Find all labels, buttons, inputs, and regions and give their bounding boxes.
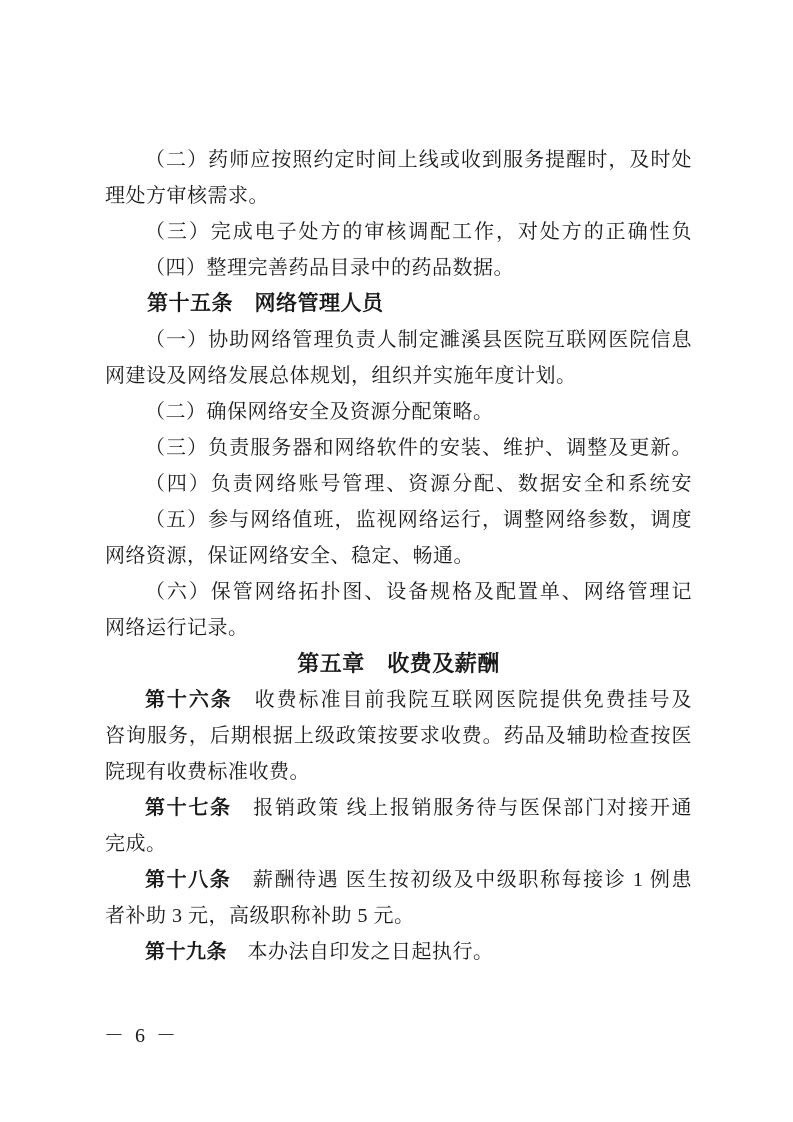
text-line: （二）药师应按照约定时间上线或收到服务提醒时，及时处: [105, 142, 692, 178]
text-run: 者补助 3 元，高级职称补助 5 元。: [105, 905, 415, 927]
text-run: （四）整理完善药品目录中的药品数据。: [145, 257, 514, 279]
text-run: 网络运行记录。: [105, 617, 249, 639]
text-line: （四）整理完善药品目录中的药品数据。: [105, 250, 692, 286]
text-run: 本办法自印发之日起执行。: [227, 941, 494, 963]
text-line: 网建设及网络发展总体规划，组织并实施年度计划。: [105, 358, 692, 394]
paragraph: （四）负责网络账号管理、资源分配、数据安全和系统安全。: [105, 466, 692, 502]
text-run: 完成。: [105, 833, 167, 855]
bold-run: 第十六条: [145, 689, 233, 711]
text-run: （五）参与网络值班，监视网络运行，调整网络参数，调度: [145, 509, 692, 531]
paragraph: （一）协助网络管理负责人制定濉溪县医院互联网医院信息网建设及网络发展总体规划，组…: [105, 322, 692, 394]
paragraph: 第十六条 收费标准目前我院互联网医院提供免费挂号及咨询服务，后期根据上级政策按要…: [105, 682, 692, 790]
text-line: 第十七条 报销政策 线上报销服务待与医保部门对接开通: [105, 790, 692, 826]
text-run: （三）负责服务器和网络软件的安装、维护、调整及更新。: [145, 437, 692, 459]
paragraph: 第十七条 报销政策 线上报销服务待与医保部门对接开通完成。: [105, 790, 692, 862]
bold-run: 第五章 收费及薪酬: [297, 651, 500, 676]
text-run: （四）负责网络账号管理、资源分配、数据安全和系统安全。: [105, 473, 692, 502]
paragraph: （四）整理完善药品目录中的药品数据。: [105, 250, 692, 286]
paragraph: （六）保管网络拓扑图、设备规格及配置单、网络管理记录、网络运行记录。: [105, 574, 692, 646]
document-page: （二）药师应按照约定时间上线或收到服务提醒时，及时处理处方审核需求。（三）完成电…: [0, 0, 793, 1122]
text-run: （六）保管网络拓扑图、设备规格及配置单、网络管理记录、: [105, 581, 692, 610]
text-run: （三）完成电子处方的审核调配工作，对处方的正确性负责。: [105, 221, 692, 250]
text-line: 者补助 3 元，高级职称补助 5 元。: [105, 898, 692, 934]
text-line: 理处方审核需求。: [105, 178, 692, 214]
text-line: （五）参与网络值班，监视网络运行，调整网络参数，调度: [105, 502, 692, 538]
text-run: 网络资源，保证网络安全、稳定、畅通。: [105, 545, 474, 567]
page-number: － 6 －: [104, 1024, 179, 1048]
text-run: 院现有收费标准收费。: [105, 761, 310, 783]
bold-run: 第十五条 网络管理人员: [147, 292, 384, 315]
text-run: 薪酬待遇 医生按初级及中级职称每接诊 1 例患: [231, 869, 692, 891]
text-line: 咨询服务，后期根据上级政策按要求收费。药品及辅助检查按医: [105, 718, 692, 754]
paragraph: （二）药师应按照约定时间上线或收到服务提醒时，及时处理处方审核需求。: [105, 142, 692, 214]
text-run: （二）药师应按照约定时间上线或收到服务提醒时，及时处: [145, 149, 692, 171]
text-line: （四）负责网络账号管理、资源分配、数据安全和系统安全。: [105, 466, 692, 502]
document-body: （二）药师应按照约定时间上线或收到服务提醒时，及时处理处方审核需求。（三）完成电…: [105, 142, 692, 970]
bold-run: 第十七条: [145, 797, 232, 819]
text-line: 第十九条 本办法自印发之日起执行。: [105, 934, 692, 970]
text-run: （一）协助网络管理负责人制定濉溪县医院互联网医院信息: [145, 329, 692, 351]
article-heading: 第十五条 网络管理人员: [105, 286, 692, 322]
text-line: 第五章 收费及薪酬: [105, 646, 692, 682]
text-line: （六）保管网络拓扑图、设备规格及配置单、网络管理记录、: [105, 574, 692, 610]
text-run: 理处方审核需求。: [105, 185, 269, 207]
text-run: （二）确保网络安全及资源分配策略。: [145, 401, 494, 423]
paragraph: （三）完成电子处方的审核调配工作，对处方的正确性负责。: [105, 214, 692, 250]
paragraph: （三）负责服务器和网络软件的安装、维护、调整及更新。: [105, 430, 692, 466]
text-line: 院现有收费标准收费。: [105, 754, 692, 790]
paragraph: 第十九条 本办法自印发之日起执行。: [105, 934, 692, 970]
text-run: 咨询服务，后期根据上级政策按要求收费。药品及辅助检查按医: [105, 725, 692, 747]
text-line: 完成。: [105, 826, 692, 862]
text-run: 收费标准目前我院互联网医院提供免费挂号及: [233, 689, 692, 711]
text-line: （二）确保网络安全及资源分配策略。: [105, 394, 692, 430]
text-run: 报销政策 线上报销服务待与医保部门对接开通: [232, 797, 692, 819]
text-line: （三）完成电子处方的审核调配工作，对处方的正确性负责。: [105, 214, 692, 250]
text-line: 第十五条 网络管理人员: [105, 286, 692, 322]
text-line: （一）协助网络管理负责人制定濉溪县医院互联网医院信息: [105, 322, 692, 358]
text-run: 网建设及网络发展总体规划，组织并实施年度计划。: [105, 365, 577, 387]
text-line: （三）负责服务器和网络软件的安装、维护、调整及更新。: [105, 430, 692, 466]
paragraph: 第十八条 薪酬待遇 医生按初级及中级职称每接诊 1 例患者补助 3 元，高级职称…: [105, 862, 692, 934]
paragraph: （五）参与网络值班，监视网络运行，调整网络参数，调度网络资源，保证网络安全、稳定…: [105, 502, 692, 574]
bold-run: 第十九条: [145, 941, 227, 963]
paragraph: （二）确保网络安全及资源分配策略。: [105, 394, 692, 430]
text-line: 第十六条 收费标准目前我院互联网医院提供免费挂号及: [105, 682, 692, 718]
text-line: 网络运行记录。: [105, 610, 692, 646]
text-line: 网络资源，保证网络安全、稳定、畅通。: [105, 538, 692, 574]
text-line: 第十八条 薪酬待遇 医生按初级及中级职称每接诊 1 例患: [105, 862, 692, 898]
chapter-heading: 第五章 收费及薪酬: [105, 646, 692, 682]
bold-run: 第十八条: [145, 869, 231, 891]
